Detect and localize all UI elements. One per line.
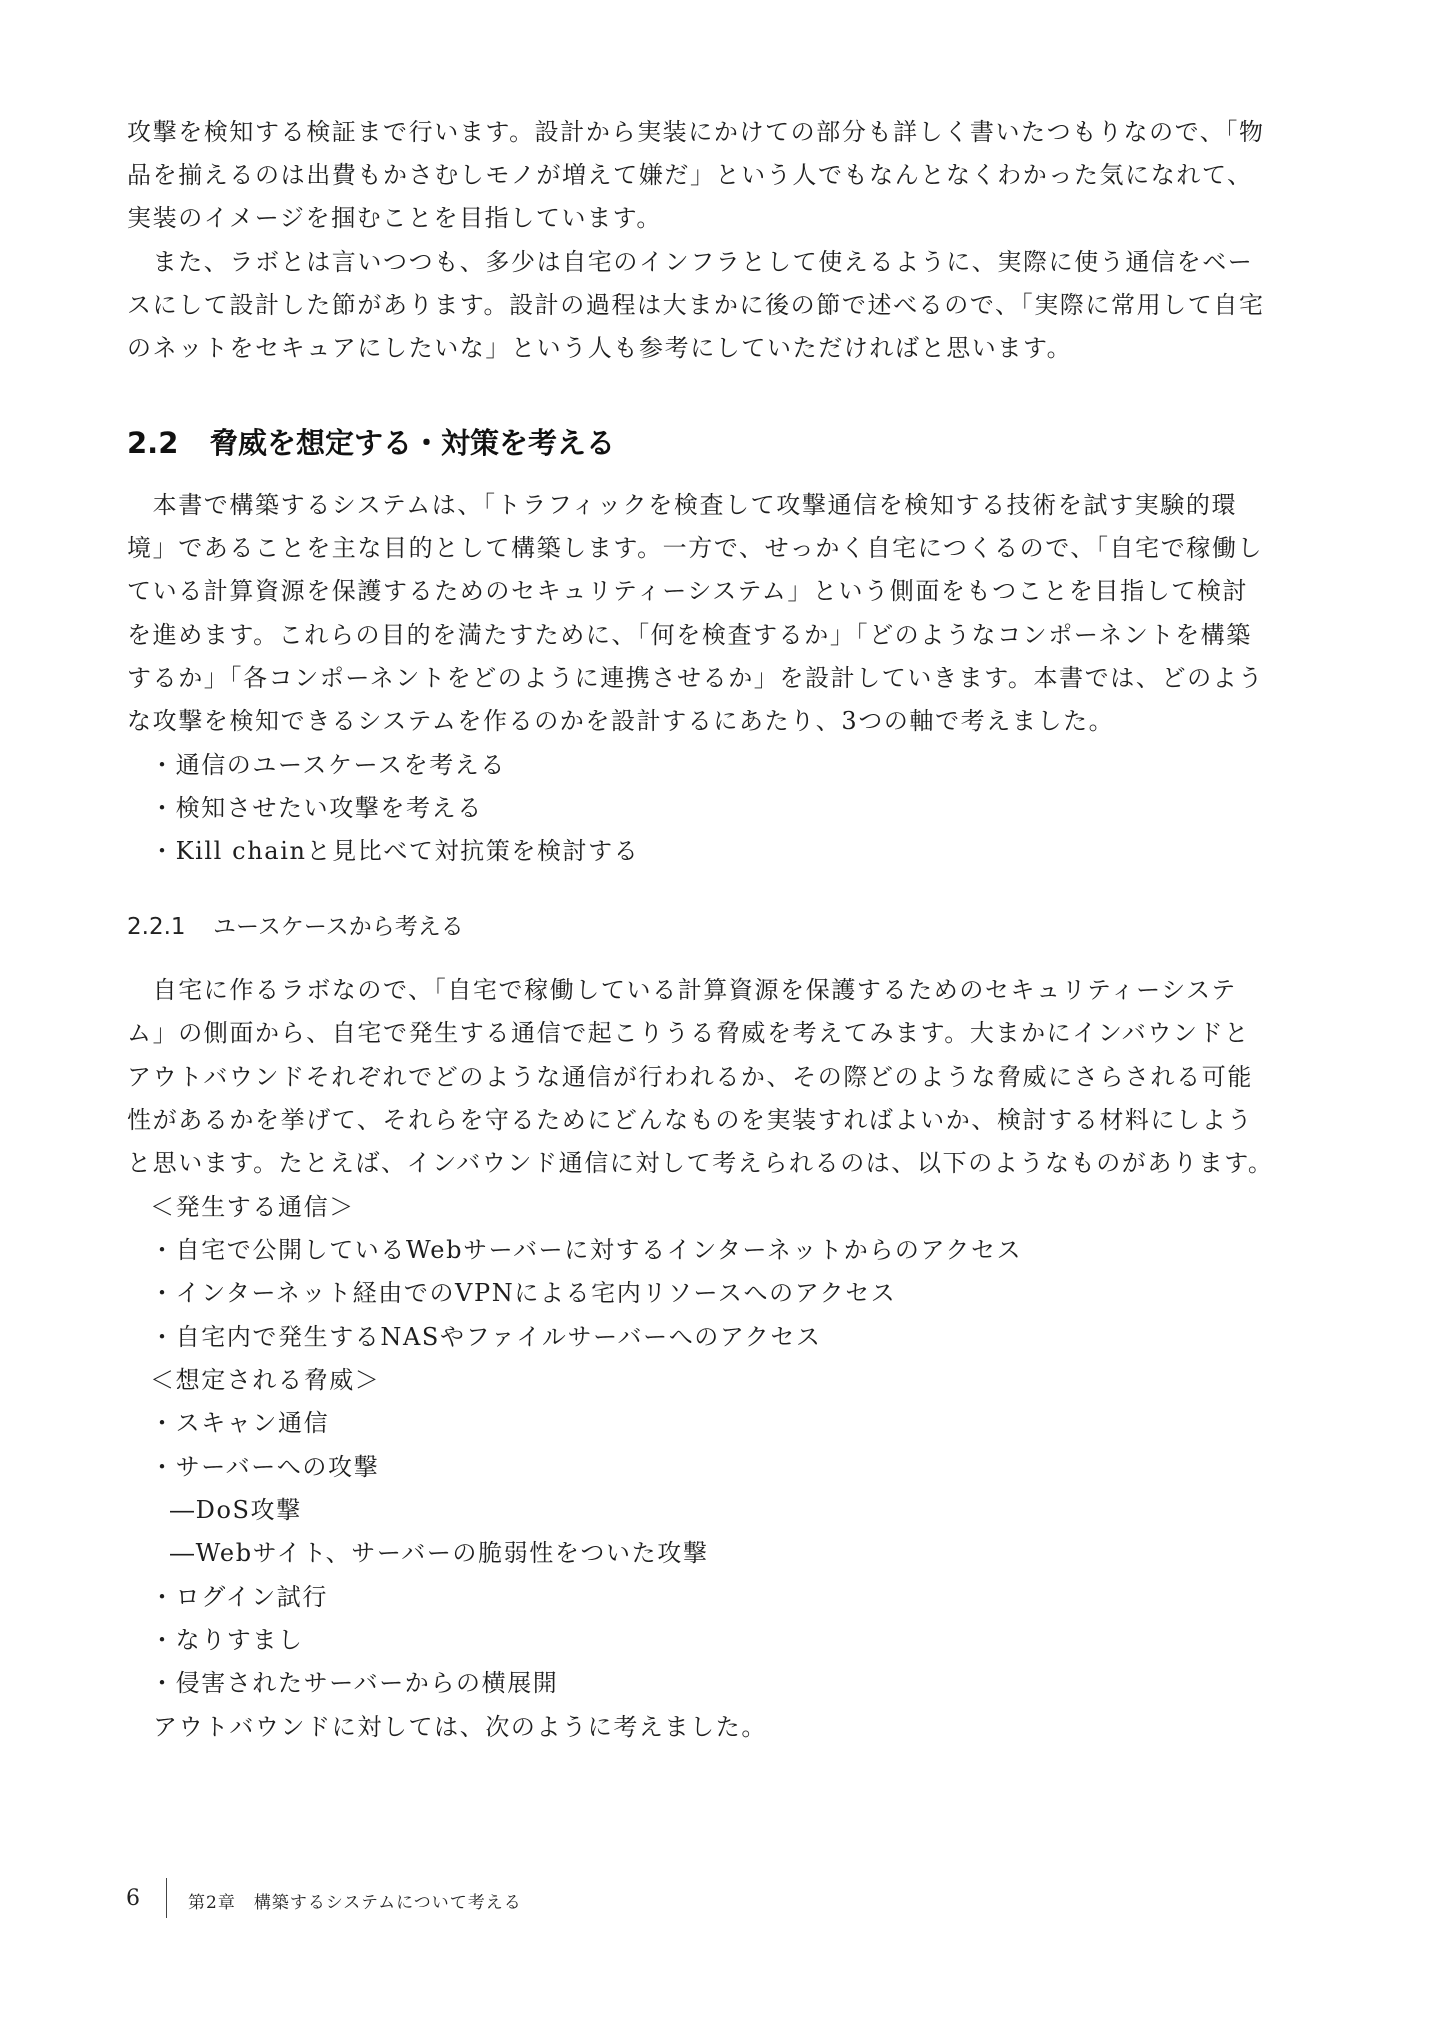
body-text-line: するか」「各コンポーネントをどのように連携させるか」を設計していきます。本書では… (127, 663, 1207, 693)
body-text-line: ている計算資源を保護するためのセキュリティーシステム」という側面をもつことを目指… (127, 576, 1207, 606)
sub-bullet-item: ―DoS攻撃 (170, 1495, 302, 1525)
body-text-line: また、ラボとは言いつつも、多少は自宅のインフラとして使えるように、実際に使う通信… (127, 247, 1207, 277)
list-heading-traffic: ＜発生する通信＞ (150, 1192, 355, 1222)
body-text-line: アウトバウンドそれぞれでどのような通信が行われるか、その際どのような脅威にさらさ… (127, 1062, 1207, 1092)
list-heading-threats: ＜想定される脅威＞ (150, 1365, 380, 1395)
document-page: 攻撃を検知する検証まで行います。設計から実装にかけての部分も詳しく書いたつもりな… (0, 0, 1433, 2024)
subsection-number: 2.2.1 (127, 912, 213, 942)
bullet-item: ・スキャン通信 (150, 1408, 329, 1438)
body-text-line: 品を揃えるのは出費もかさむしモノが増えて嫌だ」という人でもなんとなくわかった気に… (127, 160, 1207, 190)
body-text-line: 性があるかを挙げて、それらを守るためにどんなものを実装すればよいか、検討する材料… (127, 1105, 1207, 1135)
body-text-line: 境」であることを主な目的として構築します。一方で、せっかく自宅につくるので、「自… (127, 533, 1207, 563)
body-text-line: な攻撃を検知できるシステムを作るのかを設計するにあたり、3つの軸で考えました。 (127, 706, 1114, 736)
footer-divider (166, 1878, 167, 1918)
subsection-title: ユースケースから考える (213, 914, 464, 940)
bullet-item: ・検知させたい攻撃を考える (150, 793, 483, 823)
page-number: 6 (126, 1886, 140, 1911)
bullet-item: ・なりすまし (150, 1625, 304, 1655)
section-number: 2.2 (127, 425, 209, 461)
bullet-item: ・侵害されたサーバーからの横展開 (150, 1668, 558, 1698)
bullet-item: ・インターネット経由でのVPNによる宅内リソースへのアクセス (150, 1278, 896, 1308)
body-text-line: ム」の側面から、自宅で発生する通信で起こりうる脅威を考えてみます。大まかにインバ… (127, 1018, 1207, 1048)
body-text-line: 実装のイメージを掴むことを目指しています。 (127, 203, 662, 233)
body-text-line: を進めます。これらの目的を満たすために、「何を検査するか」「どのようなコンポーネ… (127, 620, 1207, 650)
body-text-line: アウトバウンドに対しては、次のように考えました。 (153, 1712, 767, 1742)
section-title: 脅威を想定する・対策を考える (209, 426, 615, 460)
body-text-line: のネットをセキュアにしたいな」という人も参考にしていただければと思います。 (127, 333, 1072, 363)
body-text-line: スにして設計した節があります。設計の過程は大まかに後の節で述べるので、「実際に常… (127, 290, 1207, 320)
body-text-line: と思います。たとえば、インバウンド通信に対して考えられるのは、以下のようなものが… (127, 1148, 1207, 1178)
body-text-line: 攻撃を検知する検証まで行います。設計から実装にかけての部分も詳しく書いたつもりな… (127, 117, 1207, 147)
subsection-heading: 2.2.1ユースケースから考える (127, 912, 464, 942)
bullet-item: ・自宅内で発生するNASやファイルサーバーへのアクセス (150, 1322, 822, 1352)
running-chapter-title: 第2章 構築するシステムについて考える (188, 1888, 522, 1913)
body-text-line: 自宅に作るラボなので、「自宅で稼働している計算資源を保護するためのセキュリティー… (127, 975, 1207, 1005)
bullet-item: ・通信のユースケースを考える (150, 750, 506, 780)
bullet-item: ・ログイン試行 (150, 1582, 328, 1612)
sub-bullet-item: ―Webサイト、サーバーの脆弱性をついた攻撃 (170, 1538, 708, 1568)
bullet-item: ・自宅で公開しているWebサーバーに対するインターネットからのアクセス (150, 1235, 1022, 1265)
section-heading: 2.2脅威を想定する・対策を考える (127, 425, 615, 461)
bullet-item: ・Kill chainと見比べて対抗策を検討する (150, 836, 639, 866)
bullet-item: ・サーバーへの攻撃 (150, 1452, 379, 1482)
body-text-line: 本書で構築するシステムは、「トラフィックを検査して攻撃通信を検知する技術を試す実… (127, 490, 1207, 520)
